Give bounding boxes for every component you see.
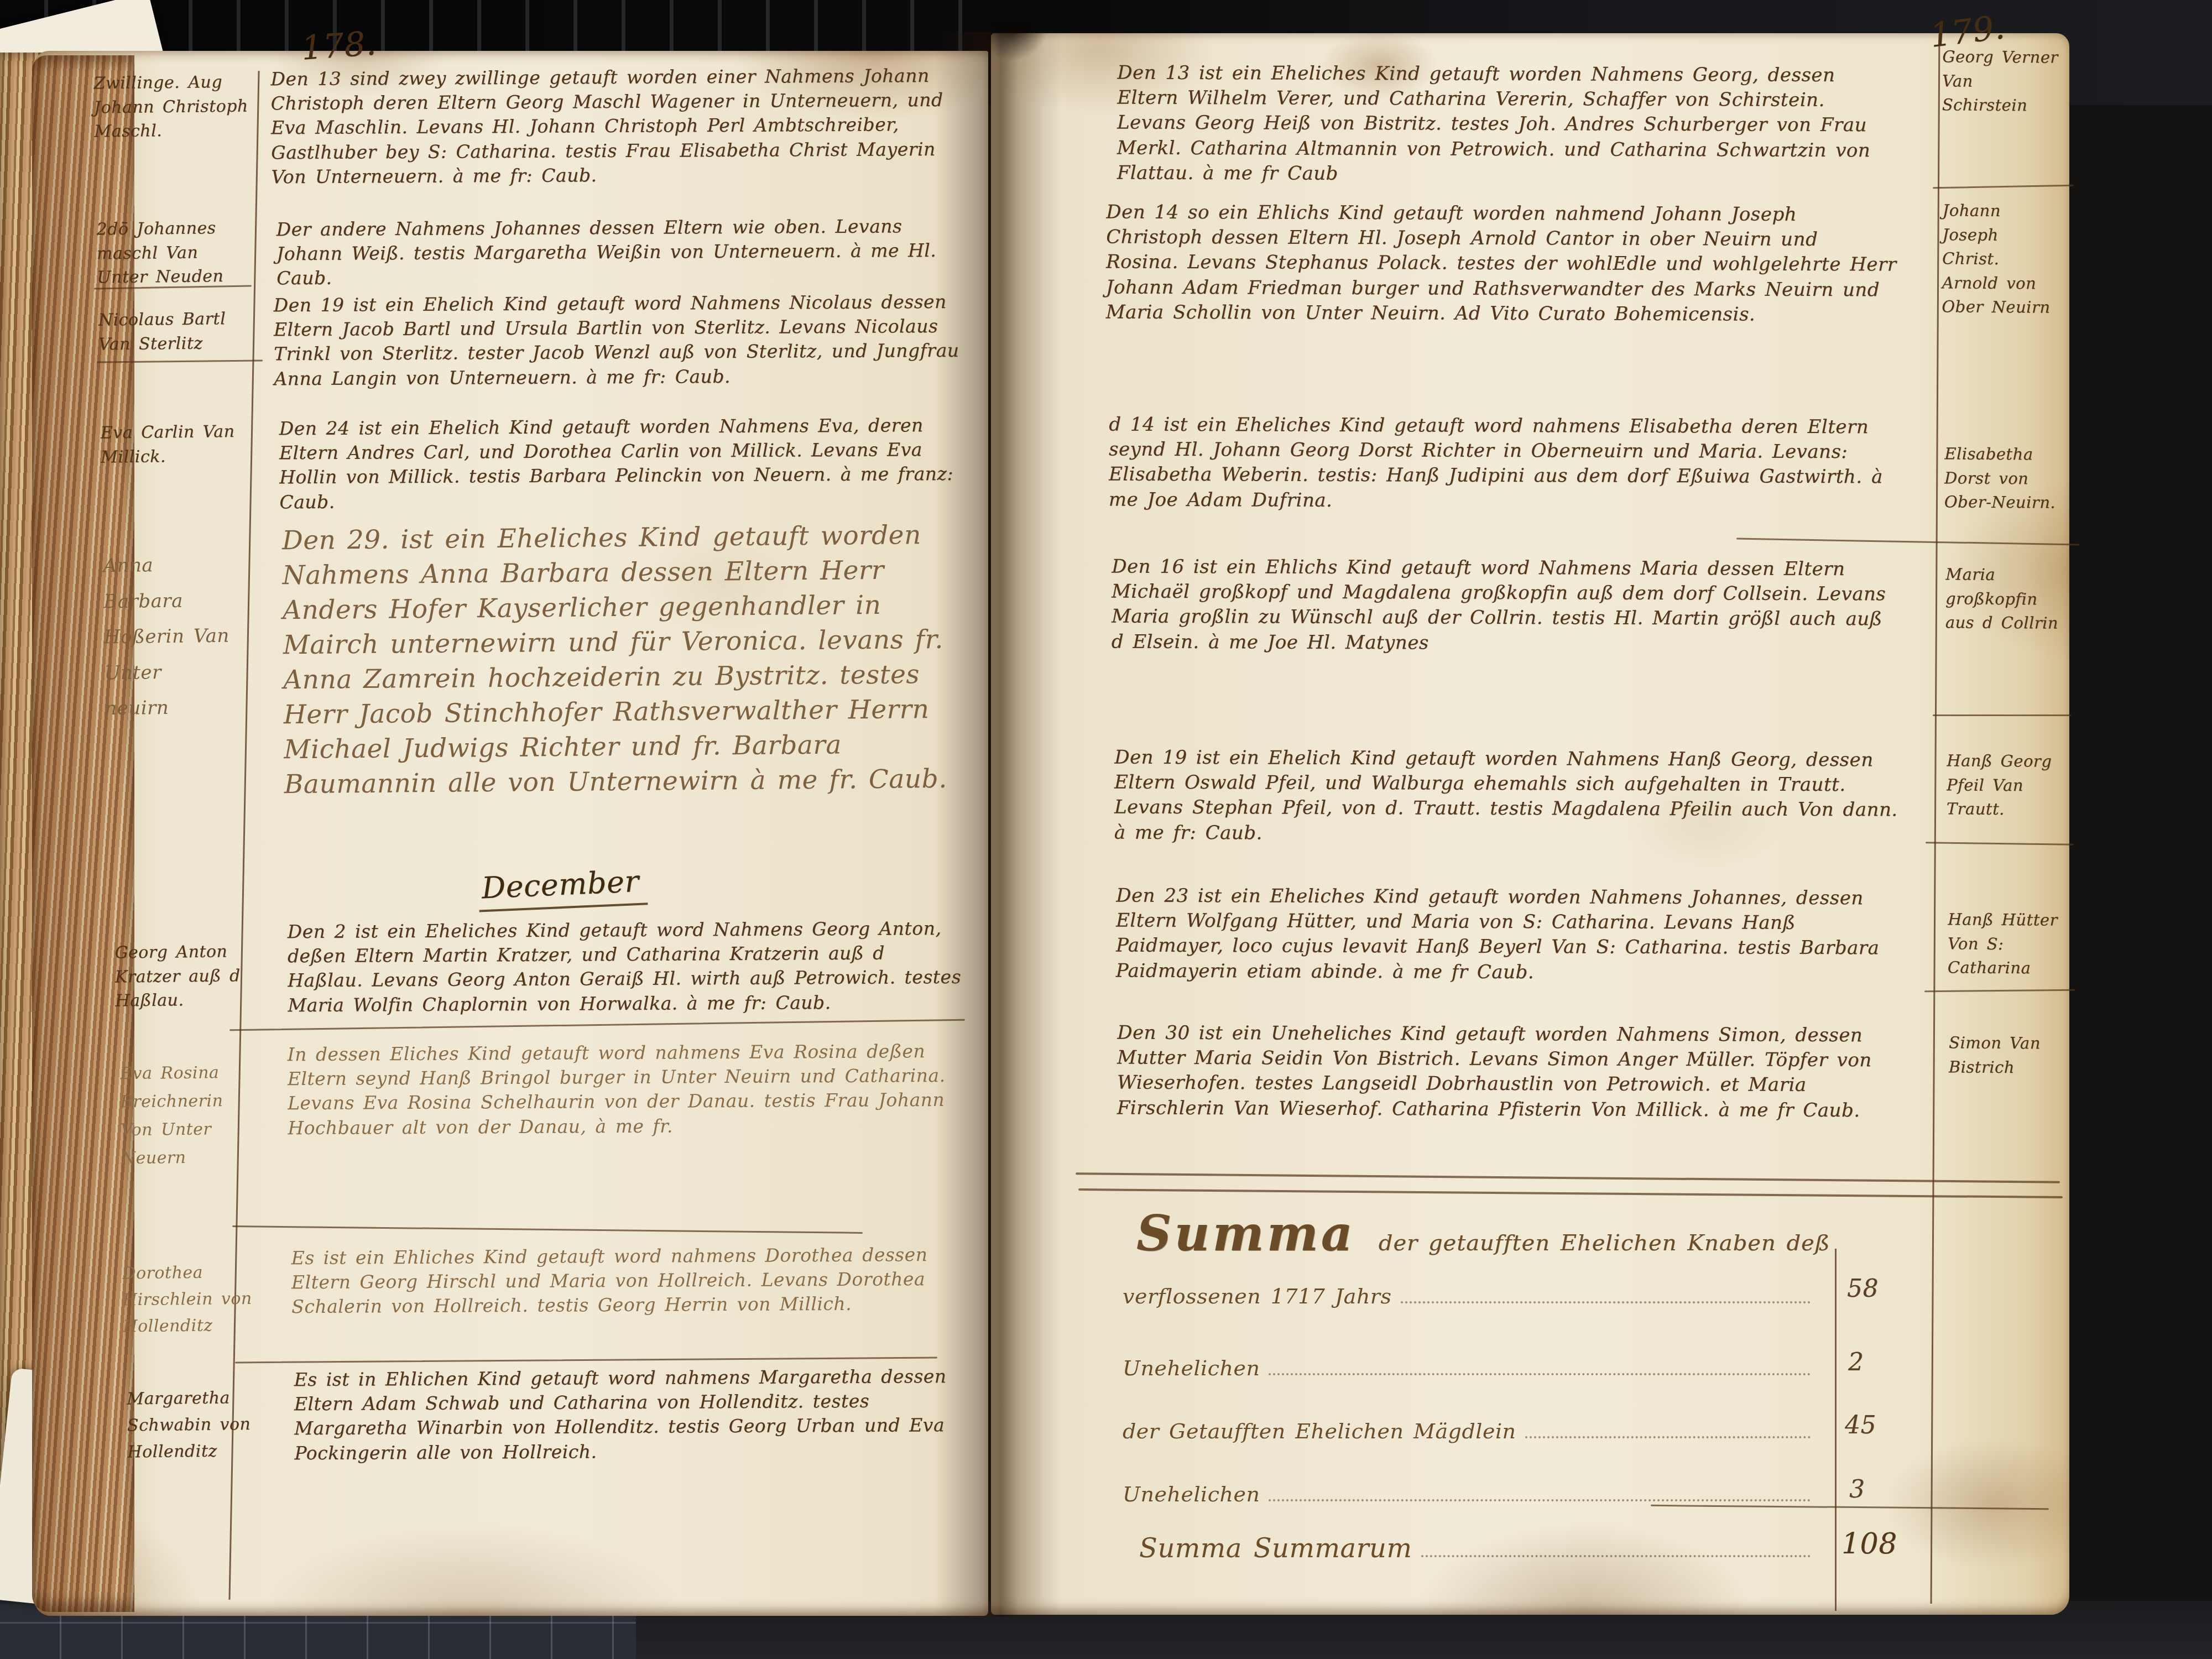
- register-entry: Den 19 ist ein Ehelich Kind getauft word…: [274, 290, 966, 391]
- register-entry: d 14 ist ein Eheliches Kind getauft word…: [1109, 413, 1900, 515]
- margin-note: Simon Van Bistrich: [1949, 1031, 2063, 1079]
- margin-separator: [1933, 714, 2071, 716]
- summary-row: Unehelichen: [1123, 1482, 1819, 1506]
- register-entry: Den 13 ist ein Eheliches Kind getauft wo…: [1117, 61, 1903, 189]
- register-entry: Den 13 sind zwey zwillinge getauft worde…: [270, 64, 957, 190]
- gutter-top-notch: [959, 22, 1065, 133]
- register-entry: Den 23 ist ein Eheliches Kind getauft wo…: [1116, 884, 1902, 987]
- dotted-leader: [1269, 1360, 1811, 1375]
- register-entry: Den 16 ist ein Ehlichs Kind getauft word…: [1112, 555, 1897, 658]
- summary-row-value: 58: [1847, 1275, 1919, 1303]
- summary-row-value: 45: [1845, 1411, 1917, 1439]
- summary-row: der Getaufften Ehelichen Mägdlein: [1123, 1419, 1819, 1443]
- summary-row: verflossenen 1717 Jahrs: [1123, 1284, 1819, 1308]
- summary-total-value: 108: [1841, 1527, 1924, 1561]
- register-entry: Den 2 ist ein Eheliches Kind getauft wor…: [288, 916, 968, 1018]
- register-entry: Es ist ein Ehliches Kind getauft word na…: [291, 1243, 956, 1319]
- margin-note: Hanß Georg Pfeil Van Trautt.: [1947, 749, 2060, 822]
- summary-value-column-rule: [1835, 1249, 1837, 1611]
- margin-note: Dorothea Hirschlein von Hollenditz: [122, 1259, 269, 1340]
- summary-title-continuation: der getaufften Ehelichen Knaben deß: [1379, 1230, 1830, 1256]
- summary-row-label: verflossenen 1717 Jahrs: [1123, 1284, 1392, 1308]
- dotted-leader: [1421, 1542, 1811, 1557]
- summary-row-label: Unehelichen: [1123, 1482, 1260, 1506]
- margin-note: Zwillinge. Aug Johann Christoph Maschl.: [93, 70, 249, 144]
- register-entry: In dessen Eliches Kind getauft word nahm…: [288, 1039, 968, 1140]
- register-entry: Den 29. ist ein Eheliches Kind getauft w…: [282, 518, 964, 802]
- photo-of-parish-register: 178. Zwillinge. Aug Johann Christoph Mas…: [0, 0, 2212, 1659]
- register-entry: Den 24 ist ein Ehelich Kind getauft word…: [279, 413, 971, 514]
- dotted-leader: [1269, 1486, 1811, 1501]
- margin-note: Eva Carlin Van Millick.: [101, 419, 267, 469]
- margin-note: Georg Verner Van Schirstein: [1942, 45, 2062, 118]
- margin-note: Georg Anton Kratzer auß d Haßlau.: [114, 939, 281, 1013]
- register-entry: Den 14 so ein Ehlichs Kind getauft worde…: [1106, 200, 1897, 328]
- margin-note: Margaretha Schwabin von Hollenditz: [127, 1385, 279, 1466]
- margin-note: 2dō Johannes maschl Van Unter Neuden: [96, 216, 252, 290]
- margin-note: Johann Joseph Christ. Arnold von Ober Ne…: [1942, 199, 2056, 320]
- dotted-leader: [1525, 1423, 1811, 1438]
- summary-total-label: Summa Summarum: [1139, 1533, 1412, 1564]
- margin-note: Elisabetha Dorst von Ober-Neuirn.: [1944, 442, 2058, 515]
- summary-row-value: 3: [1849, 1475, 1921, 1504]
- summary-row-label: Unehelichen: [1123, 1356, 1260, 1380]
- summary-row-label: der Getaufften Ehelichen Mägdlein: [1123, 1419, 1516, 1443]
- margin-note: Maria großkopfin aus d Collrin: [1945, 562, 2059, 635]
- margin-note: Nicolaus Bartl Van Sterlitz: [98, 306, 265, 356]
- register-entry: Den 19 ist ein Ehelich Kind getauft word…: [1114, 745, 1900, 848]
- page-number-left: 178.: [300, 24, 378, 67]
- margin-note: Eva Rosina Breichnerin Von Unter Neuern: [120, 1058, 257, 1173]
- summary-total-row: Summa Summarum: [1139, 1533, 1819, 1564]
- summary-heading: Summa der getaufften Ehelichen Knaben de…: [1136, 1204, 1900, 1262]
- register-entry: Der andere Nahmens Johannes dessen Elter…: [276, 214, 963, 291]
- summary-row: Unehelichen: [1123, 1356, 1819, 1380]
- register-entry: Es ist in Ehlichen Kind getauft word nah…: [294, 1364, 975, 1465]
- margin-note: Anna Barbara Hoßerin Van Unter neuirn: [103, 547, 234, 727]
- dotted-leader: [1401, 1288, 1811, 1303]
- register-entry: Den 30 ist ein Uneheliches Kind getauft …: [1117, 1021, 1908, 1124]
- summary-row-value: 2: [1848, 1348, 1920, 1376]
- summary-title: Summa: [1136, 1204, 1355, 1262]
- month-heading: December: [478, 863, 648, 912]
- margin-note: Hanß Hütter Von S: Catharina: [1948, 907, 2062, 980]
